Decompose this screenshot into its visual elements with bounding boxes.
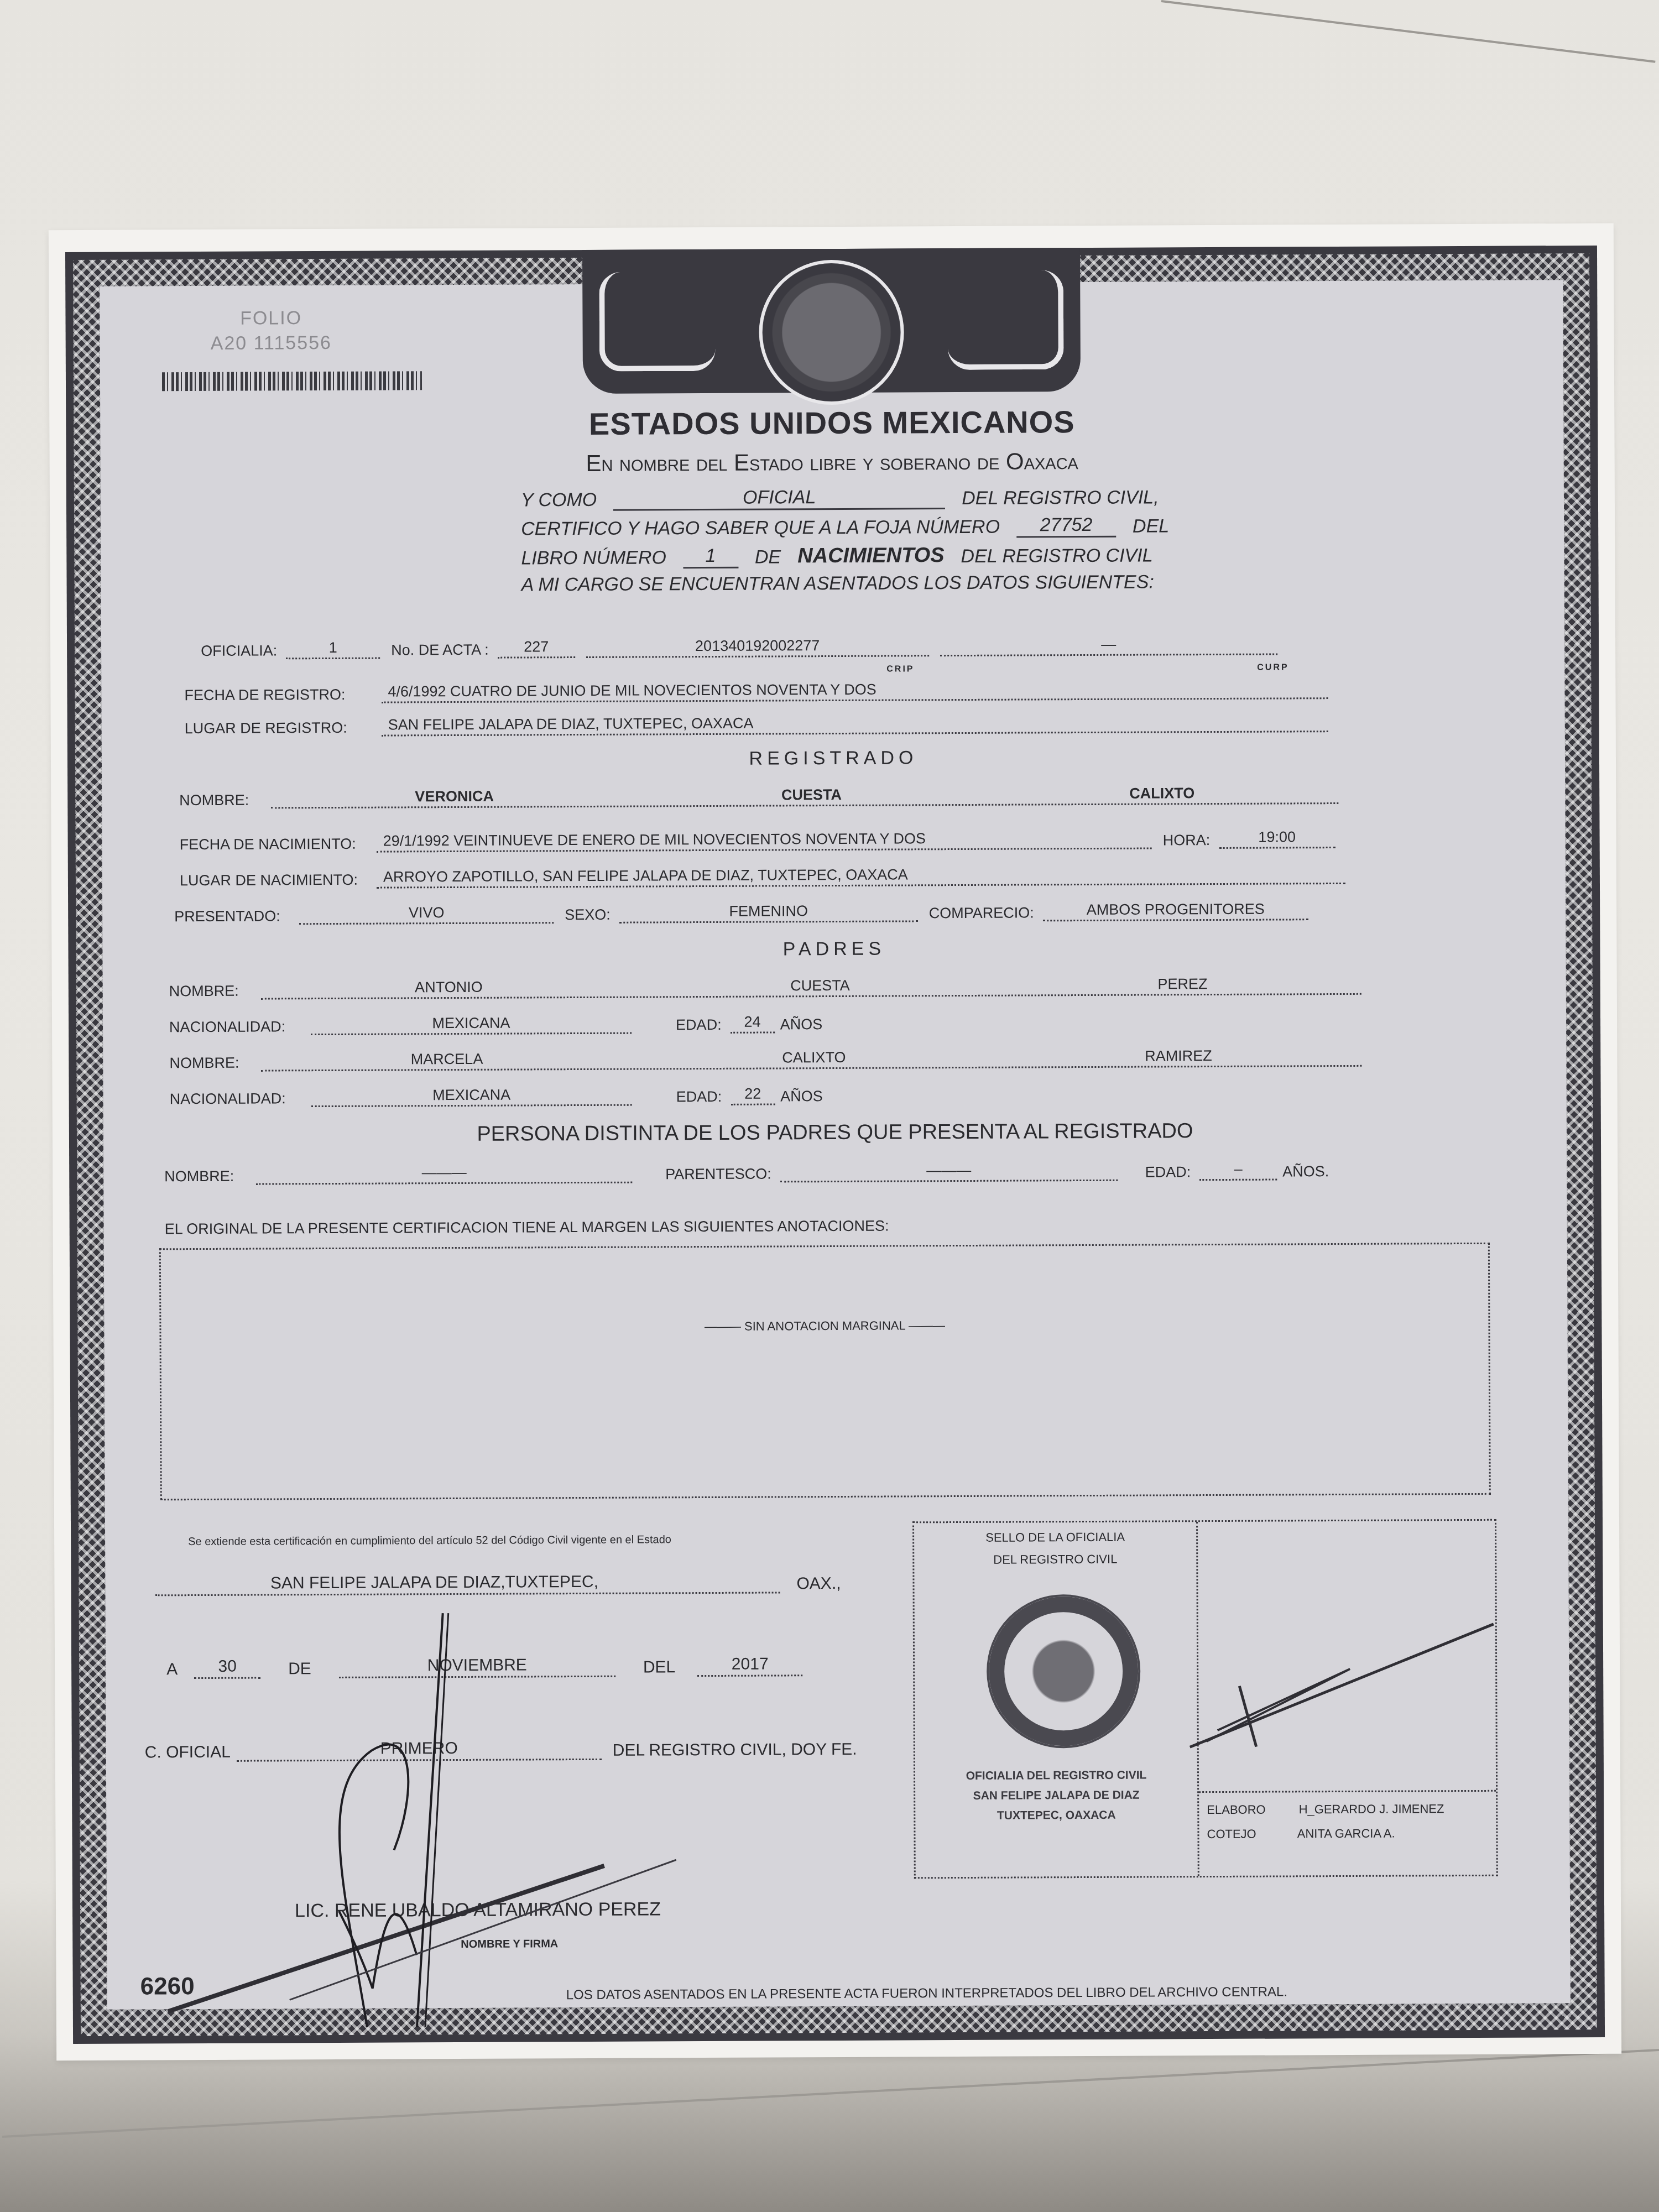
fecha-registro-value: 4/6/1992 CUATRO DE JUNIO DE MIL NOVECIEN… xyxy=(381,679,1328,703)
row-madre-nacionalidad: NACIONALIDAD: MEXICANA EDAD: 22 AÑOS xyxy=(170,1085,823,1108)
padre-nacionalidad: MEXICANA xyxy=(311,1014,632,1036)
persona-nombre: ——— xyxy=(256,1164,632,1185)
cotejo-value: ANITA GARCIA A. xyxy=(1297,1827,1395,1841)
de-label: DE xyxy=(288,1660,311,1678)
anotaciones-heading: EL ORIGINAL DE LA PRESENTE CERTIFICACION… xyxy=(165,1218,889,1238)
folio-block: FOLIO A20 1115556 xyxy=(210,307,332,354)
parentesco-label: PARENTESCO: xyxy=(665,1166,771,1183)
cert-text: DEL xyxy=(1133,515,1169,537)
hora-value: 19:00 xyxy=(1219,828,1335,849)
row-presentado: PRESENTADO: VIVO SEXO: FEMENINO COMPAREC… xyxy=(174,900,1319,925)
elaboro-row: ELABORO H_GERARDO J. JIMENEZ xyxy=(1199,1792,1496,1817)
legal-note: Se extiende esta certificación en cumpli… xyxy=(188,1533,671,1548)
sexo-label: SEXO: xyxy=(565,906,611,924)
lugar-nac-value: ARROYO ZAPOTILLO, SAN FELIPE JALAPA DE D… xyxy=(377,864,1345,889)
stamp-line-3: TUXTEPEC, OAXACA xyxy=(926,1805,1186,1826)
mes-expedicion: NOVIEMBRE xyxy=(339,1656,615,1678)
row-fecha-registro: FECHA DE REGISTRO: 4/6/1992 CUATRO DE JU… xyxy=(184,679,1339,704)
row-lugar-registro: LUGAR DE REGISTRO: SAN FELIPE JALAPA DE … xyxy=(185,712,1339,737)
anotaciones-box: ——— SIN ANOTACION MARGINAL ——— xyxy=(159,1243,1491,1500)
firma-caption-text: NOMBRE Y FIRMA xyxy=(461,1938,558,1951)
padre-edad-label: EDAD: xyxy=(676,1016,722,1034)
row-fecha-expedicion: A 30 DE NOVIEMBRE DEL 2017 xyxy=(166,1655,813,1679)
oficial-suffix: DEL REGISTRO CIVIL, DOY FE. xyxy=(613,1740,857,1760)
ornamental-border: FOLIO A20 1115556 ESTADOS UNIDOS MEXICAN… xyxy=(65,246,1605,2044)
cert-line-4: A MI CARGO SE ENCUENTRAN ASENTADOS LOS D… xyxy=(521,570,1421,596)
padre-nacionalidad-label: NACIONALIDAD: xyxy=(169,1018,302,1036)
cotejo-label: COTEJO xyxy=(1207,1827,1256,1841)
madre-segundo-apellido: RAMIREZ xyxy=(1145,1047,1212,1065)
cert-text: Y COMO xyxy=(521,489,597,512)
footer-note-text: LOS DATOS ASENTADOS EN LA PRESENTE ACTA … xyxy=(566,1984,1287,2003)
stamp-line-1: OFICIALIA DEL REGISTRO CIVIL xyxy=(926,1765,1186,1786)
registrado-nombre-line: VERONICA CUESTA CALIXTO xyxy=(271,784,1338,808)
presentado-label: PRESENTADO: xyxy=(174,907,290,925)
sexo-value: FEMENINO xyxy=(619,902,918,923)
comparecio-value: AMBOS PROGENITORES xyxy=(1043,900,1308,921)
madre-nombre-label: NOMBRE: xyxy=(169,1055,252,1072)
madre-nacionalidad-label: NACIONALIDAD: xyxy=(170,1090,302,1108)
cert-line-3: LIBRO NÚMERO 1 DE NACIMIENTOS DEL REGIST… xyxy=(521,541,1420,569)
row-madre-nombre: NOMBRE: MARCELA CALIXTO RAMIREZ xyxy=(169,1047,1373,1072)
row-persona-distinta: NOMBRE: ——— PARENTESCO: ——— EDAD: – AÑOS… xyxy=(164,1160,1329,1185)
anotaciones-label: EL ORIGINAL DE LA PRESENTE CERTIFICACION… xyxy=(165,1218,889,1238)
official-role: OFICIAL xyxy=(613,486,945,511)
registro-civil-stamp-icon xyxy=(987,1594,1141,1749)
madre-edad: 22 xyxy=(731,1085,775,1105)
madre-primer-apellido: CALIXTO xyxy=(782,1049,846,1067)
control-number-text: 6260 xyxy=(140,1973,195,2000)
national-emblem-header xyxy=(582,248,1081,394)
sello-heading-2: DEL REGISTRO CIVIL xyxy=(914,1552,1196,1567)
nombre-label: NOMBRE: xyxy=(179,792,262,810)
madre-nombre-line: MARCELA CALIXTO RAMIREZ xyxy=(261,1047,1361,1072)
del-label: DEL xyxy=(643,1658,676,1677)
document-title: ESTADOS UNIDOS MEXICANOS xyxy=(100,401,1563,444)
cert-text: CERTIFICO Y HAGO SABER QUE A LA FOJA NÚM… xyxy=(521,517,1000,540)
cert-line-2: CERTIFICO Y HAGO SABER QUE A LA FOJA NÚM… xyxy=(521,513,1420,540)
intro-line: En nombre del Estado libre y soberano de… xyxy=(101,446,1564,479)
fecha-nac-value: 29/1/1992 VEINTINUEVE DE ENERO DE MIL NO… xyxy=(377,829,1152,852)
certificate-body: FOLIO A20 1115556 ESTADOS UNIDOS MEXICAN… xyxy=(100,280,1571,2010)
madre-edad-label: EDAD: xyxy=(676,1088,722,1105)
row-lugar-expedicion: SAN FELIPE JALAPA DE DIAZ,TUXTEPEC, OAX.… xyxy=(155,1572,841,1596)
registrado-segundo-apellido: CALIXTO xyxy=(1129,785,1194,802)
cert-text: DEL REGISTRO CIVIL, xyxy=(962,487,1159,509)
comparecio-label: COMPARECIO: xyxy=(929,904,1034,922)
cert-line-1: Y COMO OFICIAL DEL REGISTRO CIVIL, xyxy=(521,484,1420,511)
dia-expedicion: 30 xyxy=(194,1657,260,1679)
stamp-text-block: OFICIALIA DEL REGISTRO CIVIL SAN FELIPE … xyxy=(926,1765,1186,1826)
footer-note: LOS DATOS ASENTADOS EN LA PRESENTE ACTA … xyxy=(566,1984,1287,2003)
padre-nombre: ANTONIO xyxy=(415,979,483,997)
row-padre-nacionalidad: NACIONALIDAD: MEXICANA EDAD: 24 AÑOS xyxy=(169,1013,822,1036)
hora-label: HORA: xyxy=(1163,832,1211,849)
cotejo-row: COTEJO ANITA GARCIA A. xyxy=(1199,1816,1496,1841)
padre-segundo-apellido: PEREZ xyxy=(1157,975,1207,993)
row-oficial: C. OFICIAL PRIMERO DEL REGISTRO CIVIL, D… xyxy=(145,1738,857,1762)
madre-anos-label: AÑOS xyxy=(780,1088,823,1105)
parentesco-value: ——— xyxy=(780,1161,1118,1183)
lugar-registro-value: SAN FELIPE JALAPA DE DIAZ, TUXTEPEC, OAX… xyxy=(382,712,1328,736)
lugar-registro-label: LUGAR DE REGISTRO: xyxy=(185,719,373,737)
firmante-text: LIC. RENE UBALDO ALTAMIRANO PEREZ xyxy=(295,1898,661,1922)
crip-caption: CRIP xyxy=(886,664,914,674)
madre-nacionalidad: MEXICANA xyxy=(311,1086,632,1108)
padre-nombre-line: ANTONIO CUESTA PEREZ xyxy=(261,975,1361,1000)
signature-panel: ELABORO H_GERARDO J. JIMENEZ COTEJO ANIT… xyxy=(1198,1521,1496,1876)
padre-edad: 24 xyxy=(731,1013,775,1033)
birth-certificate-paper: FOLIO A20 1115556 ESTADOS UNIDOS MEXICAN… xyxy=(49,223,1621,2060)
row-fecha-nacimiento: FECHA DE NACIMIENTO: 29/1/1992 VEINTINUE… xyxy=(180,828,1347,853)
sello-heading-1: SELLO DE LA OFICIALIA xyxy=(914,1530,1196,1545)
section-registrado: REGISTRADO xyxy=(102,744,1565,773)
section-padres: PADRES xyxy=(102,935,1566,963)
fecha-nac-label: FECHA DE NACIMIENTO: xyxy=(180,836,368,853)
registrado-nombre: VERONICA xyxy=(415,788,494,806)
barcode-icon xyxy=(162,371,422,391)
stamp-line-2: SAN FELIPE JALAPA DE DIAZ xyxy=(926,1785,1186,1806)
oficialia-value: 1 xyxy=(286,639,380,660)
lugar-nac-label: LUGAR DE NACIMIENTO: xyxy=(180,872,368,889)
libro-type: NACIMIENTOS xyxy=(797,544,945,568)
foja-number: 27752 xyxy=(1016,514,1116,538)
staff-block: ELABORO H_GERARDO J. JIMENEZ COTEJO ANIT… xyxy=(1199,1790,1496,1876)
madre-nombre: MARCELA xyxy=(411,1051,483,1068)
anio-expedicion: 2017 xyxy=(697,1655,802,1677)
firmante-name: LIC. RENE UBALDO ALTAMIRANO PEREZ xyxy=(295,1898,661,1922)
persona-edad: – xyxy=(1199,1161,1277,1181)
firma-caption: NOMBRE Y FIRMA xyxy=(461,1938,558,1951)
padre-primer-apellido: CUESTA xyxy=(790,977,850,994)
persona-anos-label: AÑOS. xyxy=(1282,1163,1329,1180)
acta-label: No. DE ACTA : xyxy=(391,641,489,659)
cert-text: LIBRO NÚMERO xyxy=(521,547,666,569)
sin-anotacion-text: ——— SIN ANOTACION MARGINAL ——— xyxy=(161,1316,1488,1336)
cert-text: A MI CARGO SE ENCUENTRAN ASENTADOS LOS D… xyxy=(521,571,1154,596)
elaboro-value: H_GERARDO J. JIMENEZ xyxy=(1299,1802,1444,1817)
registrado-primer-apellido: CUESTA xyxy=(781,786,842,804)
lugar-expedicion: SAN FELIPE JALAPA DE DIAZ,TUXTEPEC, xyxy=(155,1572,780,1596)
oficial-ordinal: PRIMERO xyxy=(237,1739,602,1762)
row-padre-nombre: NOMBRE: ANTONIO CUESTA PEREZ xyxy=(169,975,1373,1000)
oficialia-seal-panel: SELLO DE LA OFICIALIA DEL REGISTRO CIVIL… xyxy=(914,1522,1199,1877)
folio-label: FOLIO xyxy=(210,307,331,330)
curp-value: — xyxy=(940,635,1277,657)
curp-caption: CURP xyxy=(1257,662,1288,672)
surface-crease xyxy=(1161,0,1656,63)
acta-value: 227 xyxy=(498,638,575,659)
right-scroll-ornament xyxy=(947,270,1064,370)
padre-anos-label: AÑOS xyxy=(780,1016,823,1033)
left-scroll-ornament xyxy=(599,272,716,372)
section-persona-distinta: PERSONA DISTINTA DE LOS PADRES QUE PRESE… xyxy=(103,1118,1567,1148)
row-oficialia: OFICIALIA: 1 No. DE ACTA : 227 201340192… xyxy=(201,635,1288,660)
estado-expedicion: OAX., xyxy=(796,1574,841,1593)
control-number: 6260 xyxy=(140,1973,195,2000)
mexican-coat-of-arms-icon xyxy=(759,259,904,405)
legal-note-text: Se extiende esta certificación en cumpli… xyxy=(188,1533,671,1548)
persona-edad-label: EDAD: xyxy=(1145,1164,1191,1181)
oficial-label: C. OFICIAL xyxy=(145,1743,228,1762)
row-registrado-nombre: NOMBRE: VERONICA CUESTA CALIXTO xyxy=(179,784,1349,809)
folio-number: A20 1115556 xyxy=(211,332,332,354)
presentado-value: VIVO xyxy=(299,904,554,925)
oficialia-label: OFICIALIA: xyxy=(201,642,277,660)
cert-text: DE xyxy=(755,546,781,568)
a-label: A xyxy=(166,1660,178,1679)
surface-edge xyxy=(2,2049,1659,2138)
seal-box: SELLO DE LA OFICIALIA DEL REGISTRO CIVIL… xyxy=(912,1519,1498,1879)
row-lugar-nacimiento: LUGAR DE NACIMIENTO: ARROYO ZAPOTILLO, S… xyxy=(180,864,1357,889)
fecha-registro-label: FECHA DE REGISTRO: xyxy=(184,686,372,704)
cert-text: DEL REGISTRO CIVIL xyxy=(961,545,1152,567)
crip-value: 201340192002277 xyxy=(586,637,929,658)
elaboro-label: ELABORO xyxy=(1207,1803,1265,1817)
padre-nombre-label: NOMBRE: xyxy=(169,983,252,1000)
persona-nombre-label: NOMBRE: xyxy=(164,1168,247,1186)
libro-number: 1 xyxy=(683,545,738,568)
